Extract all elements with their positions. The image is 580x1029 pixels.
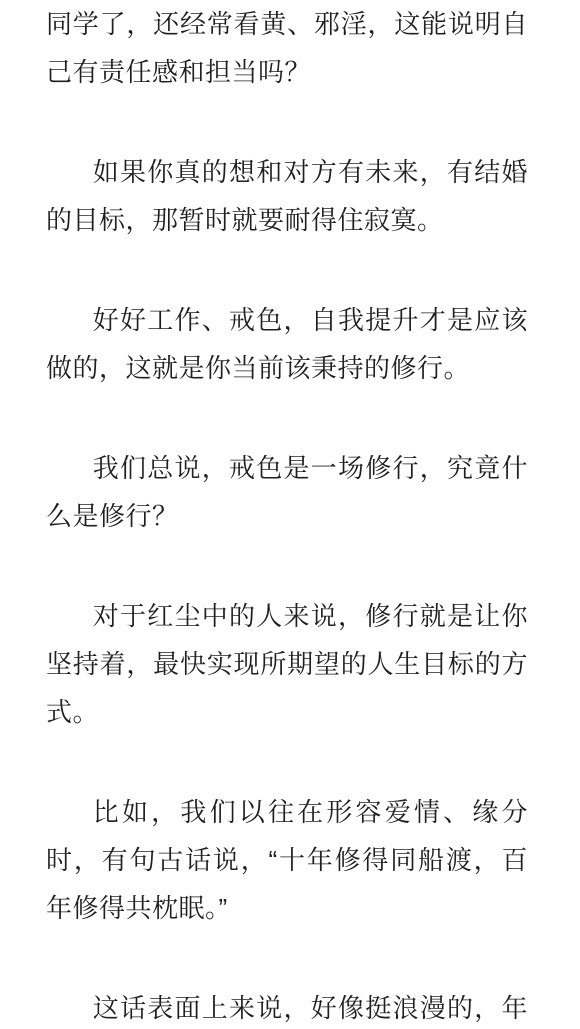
paragraph: 比如，我们以往在形容爱情、缘分时，有句古话说，“十年修得同船渡，百年修得共枕眠。… — [46, 788, 528, 932]
paragraph: 我们总说，戒色是一场修行，究竟什么是修行？ — [46, 444, 528, 540]
paragraph: 如果你真的想和对方有未来，有结婚的目标，那暂时就要耐得住寂寞。 — [46, 148, 528, 244]
paragraph: 好好工作、戒色，自我提升才是应该做的，这就是你当前该秉持的修行。 — [46, 296, 528, 392]
article-body: 同学了，还经常看黄、邪淫，这能说明自己有责任感和担当吗？ 如果你真的想和对方有未… — [0, 0, 580, 1029]
paragraph: 对于红尘中的人来说，修行就是让你坚持着，最快实现所期望的人生目标的方式。 — [46, 592, 528, 736]
paragraph: 同学了，还经常看黄、邪淫，这能说明自己有责任感和担当吗？ — [46, 0, 528, 96]
paragraph-truncated: 这话表面上来说，好像挺浪漫的，年 — [46, 984, 528, 1029]
